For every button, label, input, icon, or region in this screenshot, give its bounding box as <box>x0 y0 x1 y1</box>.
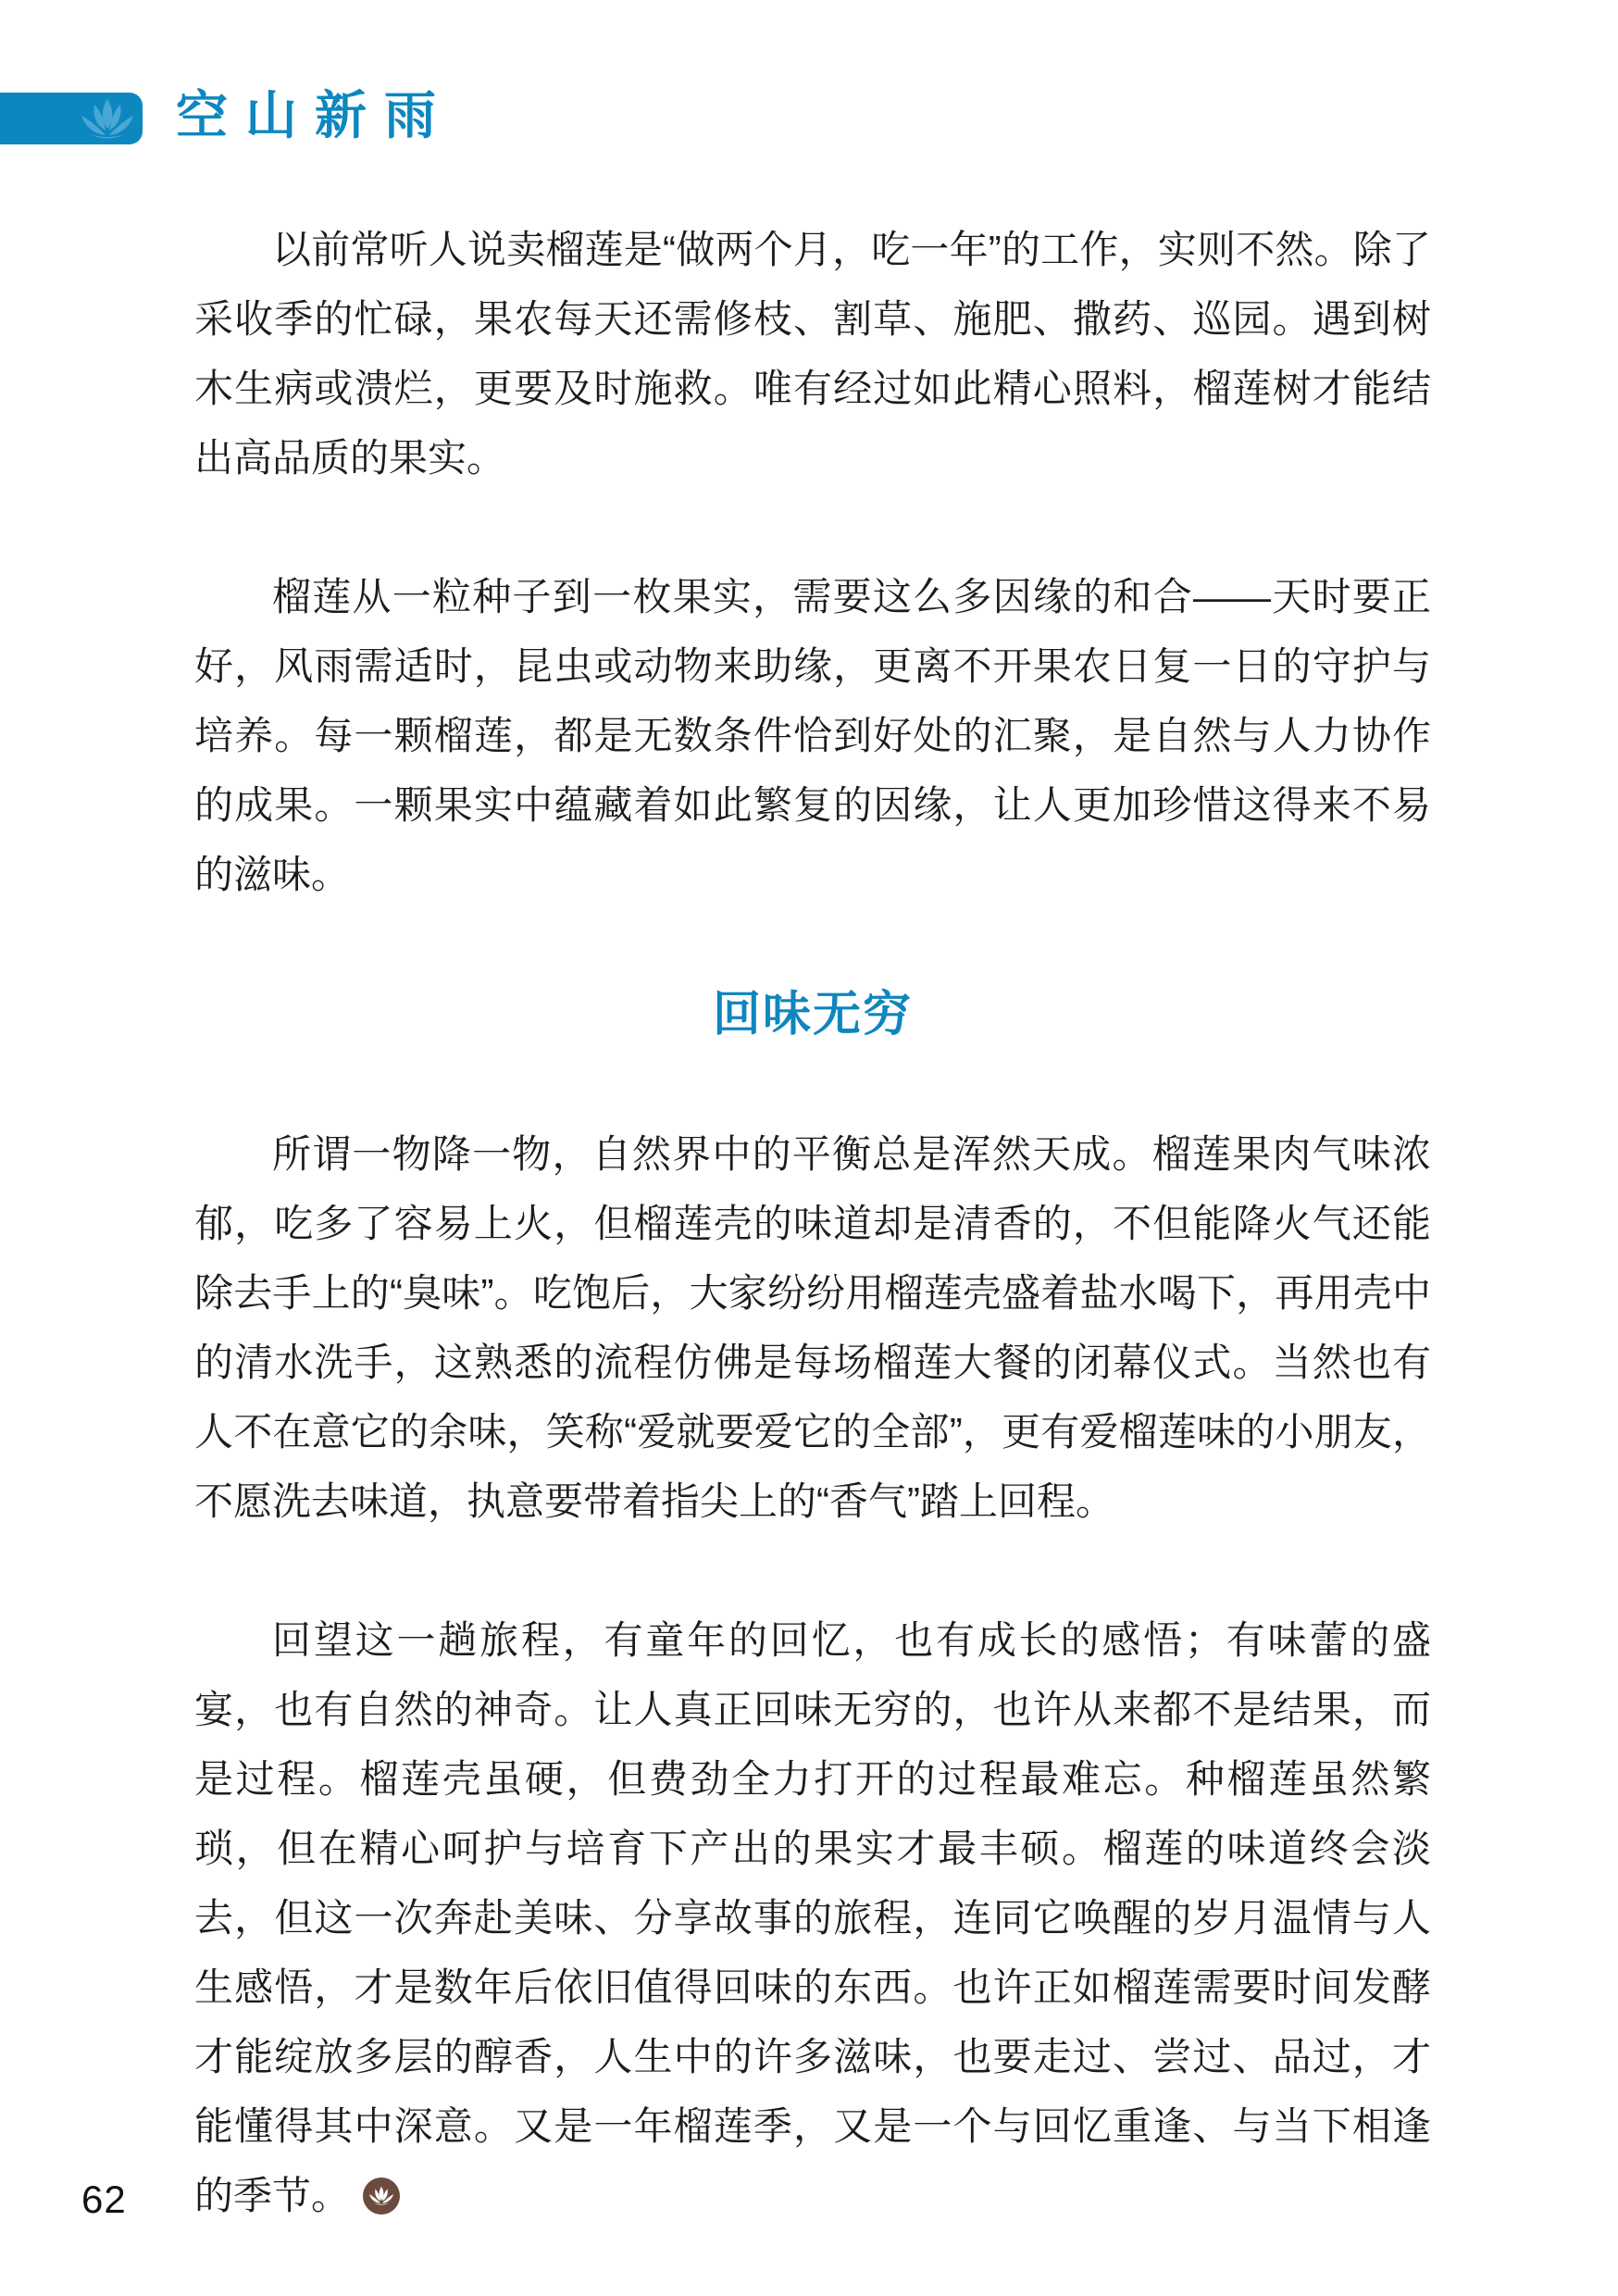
lotus-icon <box>78 97 137 142</box>
paragraph-1: 以前常听人说卖榴莲是“做两个月，吃一年”的工作，实则不然。除了采收季的忙碌，果农… <box>194 215 1431 493</box>
page-number: 62 <box>81 2177 127 2222</box>
paragraph-4-text: 回望这一趟旅程，有童年的回忆，也有成长的感悟；有味蕾的盛宴，也有自然的神奇。让人… <box>194 1618 1431 2217</box>
article-body: 以前常听人说卖榴莲是“做两个月，吃一年”的工作，实则不然。除了采收季的忙碌，果农… <box>194 215 1431 2230</box>
paragraph-3: 所谓一物降一物，自然界中的平衡总是浑然天成。榴莲果肉气味浓郁，吃多了容易上火，但… <box>194 1119 1431 1536</box>
end-mark-lotus-icon <box>363 2177 400 2215</box>
section-heading: 回味无穷 <box>194 980 1431 1050</box>
brand-title: 空山新雨 <box>176 87 454 144</box>
paragraph-2: 榴莲从一粒种子到一枚果实，需要这么多因缘的和合——天时要正好，风雨需适时，昆虫或… <box>194 562 1431 909</box>
paragraph-4: 回望这一趟旅程，有童年的回忆，也有成长的感悟；有味蕾的盛宴，也有自然的神奇。让人… <box>194 1605 1431 2230</box>
book-page: 空山新雨 以前常听人说卖榴莲是“做两个月，吃一年”的工作，实则不然。除了采收季的… <box>0 0 1618 2296</box>
header-brand-bar <box>0 93 143 144</box>
